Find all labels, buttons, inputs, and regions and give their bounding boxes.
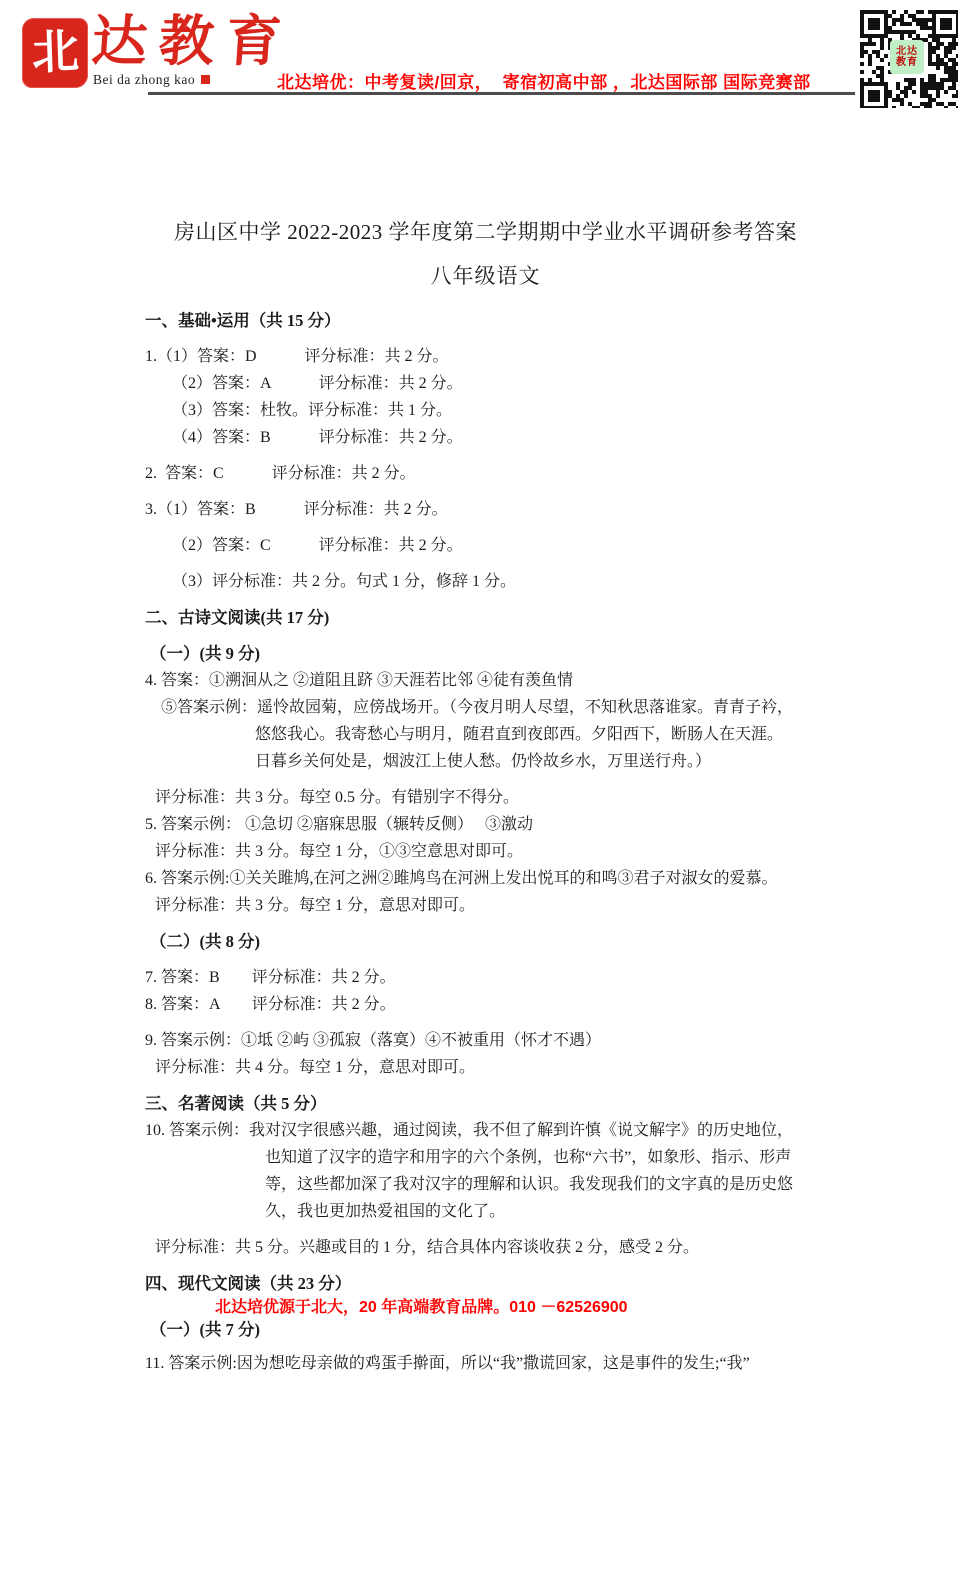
doc-line: 评分标准：共 3 分。每空 1 分，①③空意思对即可。 [155, 838, 861, 865]
doc-line: 4. 答案：①溯洄从之 ②道阻且跻 ③天涯若比邻 ④徒有羡鱼情 [145, 667, 861, 694]
doc-line: 久，我也更加热爱祖国的文化了。 [265, 1198, 861, 1225]
doc-line: 评分标准：共 5 分。兴趣或目的 1 分，结合具体内容谈收获 2 分，感受 2 … [155, 1234, 861, 1261]
doc-line: 2. 答案：C 评分标准：共 2 分。 [145, 460, 861, 487]
doc-line: 11. 答案示例:因为想吃母亲做的鸡蛋手擀面，所以“我”撒谎回家，这是事件的发生… [145, 1350, 861, 1377]
doc-line: 8. 答案：A 评分标准：共 2 分。 [145, 991, 861, 1018]
doc-line: 二、古诗文阅读(共 17 分) [145, 604, 861, 631]
doc-subtitle: 八年级语文 [0, 260, 971, 290]
doc-line: 6. 答案示例:①关关雎鸠,在河之洲②雎鸠鸟在河洲上发出悦耳的和鸣③君子对淑女的… [145, 865, 861, 892]
brand-name: 达教育 [90, 12, 295, 73]
doc-line: 悠悠我心。我寄愁心与明月，随君直到夜郎西。夕阳西下，断肠人在天涯。 [255, 721, 861, 748]
doc-line: （一）(共 7 分) [150, 1318, 861, 1341]
banner-text: 北达培优：中考复读/回京， 寄宿初高中部 ，北达国际部 国际竞赛部 [277, 68, 811, 93]
doc-line: 四、现代文阅读（共 23 分） [145, 1270, 861, 1297]
doc-line: （2）答案：C 评分标准：共 2 分。 [172, 532, 861, 559]
doc-line: ⑤答案示例：遥怜故园菊，应傍战场开。（今夜月明人尽望，不知秋思落谁家。青青子衿， [161, 694, 861, 721]
doc-line: 评分标准：共 3 分。每空 0.5 分。有错别字不得分。 [155, 784, 861, 811]
red-square-marker [201, 75, 210, 84]
doc-line: （4）答案：B 评分标准：共 2 分。 [172, 424, 861, 451]
doc-line: 3.（1）答案：B 评分标准：共 2 分。 [145, 496, 861, 523]
doc-line: （3）评分标准：共 2 分。句式 1 分，修辞 1 分。 [172, 568, 861, 595]
doc-line: 一、基础•运用（共 15 分） [145, 307, 861, 334]
doc-line: 10. 答案示例：我对汉字很感兴趣，通过阅读，我不但了解到许慎《说文解字》的历史… [145, 1117, 861, 1144]
document-body: 一、基础•运用（共 15 分）1.（1）答案：D 评分标准：共 2 分。（2）答… [145, 307, 861, 1377]
doc-line: 也知道了汉字的造字和用字的六个条例，也称“六书”，如象形、指示、形声 [265, 1144, 861, 1171]
doc-line: 7. 答案：B 评分标准：共 2 分。 [145, 964, 861, 991]
doc-line: 等，这些都加深了我对汉字的理解和认识。我发现我们的文字真的是历史悠 [265, 1171, 861, 1198]
seal-character: 北 [31, 29, 80, 78]
doc-line: 评分标准：共 3 分。每空 1 分，意思对即可。 [155, 892, 861, 919]
qr-center-line2: 教育 [896, 57, 918, 68]
doc-line: （3）答案：杜牧。评分标准：共 1 分。 [172, 397, 861, 424]
doc-line: 5. 答案示例： ①急切 ②寤寐思服（辗转反侧） ③激动 [145, 811, 861, 838]
doc-line: （2）答案：A 评分标准：共 2 分。 [172, 370, 861, 397]
qr-code: 北达 教育 [856, 6, 958, 108]
doc-line: 三、名著阅读（共 5 分） [145, 1090, 861, 1117]
doc-line: （一）(共 9 分) [150, 640, 861, 667]
doc-line: 9. 答案示例：①坻 ②屿 ③孤寂（落寞）④不被重用（怀才不遇） [145, 1027, 861, 1054]
brand-seal: 北 [22, 18, 88, 88]
page: 北 达教育 Bei da zhong kao 北达培优：中考复读/回京， 寄宿初… [0, 0, 971, 1573]
doc-line: 日暮乡关何处是，烟波江上使人愁。仍怜故乡水，万里送行舟。） [255, 748, 861, 775]
doc-line: （二）(共 8 分) [150, 928, 861, 955]
title-block: 房山区中学 2022-2023 学年度第二学期期中学业水平调研参考答案 八年级语… [0, 216, 971, 290]
doc-line: 评分标准：共 4 分。每空 1 分，意思对即可。 [155, 1054, 861, 1081]
doc-line: 1.（1）答案：D 评分标准：共 2 分。 [145, 343, 861, 370]
qr-center-line1: 北达 [896, 46, 918, 57]
brand-subtitle-text: Bei da zhong kao [93, 72, 195, 87]
qr-center-label: 北达 教育 [890, 40, 924, 74]
header-rule [148, 92, 855, 95]
brand-subtitle: Bei da zhong kao [93, 72, 210, 88]
doc-title: 房山区中学 2022-2023 学年度第二学期期中学业水平调研参考答案 [0, 216, 971, 246]
slogan-line: 北达培优源于北大，20 年高端教育品牌。010 －62526900 [215, 1297, 861, 1318]
